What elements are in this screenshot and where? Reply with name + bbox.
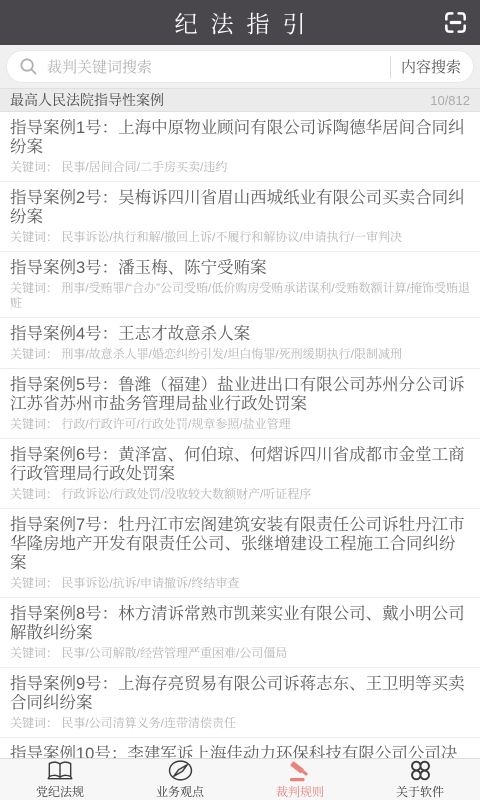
search-input[interactable]: 裁判关键词搜索 内容搜索 [6,50,474,83]
app-header: 纪法指引 [0,0,480,45]
tab-label: 裁判规则 [276,783,324,800]
case-keywords: 关键词： 民事诉讼/执行和解/撤回上诉/不履行和解协议/申请执行/一审判决 [10,230,470,245]
tab-business-views[interactable]: 业务观点 [120,759,240,800]
case-title: 指导案例7号：牡丹江市宏阁建筑安装有限责任公司诉牡丹江市华隆房地产开发有限责任公… [10,516,470,573]
case-keywords: 关键词： 行政/行政许可/行政处罚/规章参照/盐业管理 [10,417,470,432]
case-item[interactable]: 指导案例1号：上海中原物业顾问有限公司诉陶德华居间合同纠纷案关键词： 民事/居间… [0,112,480,182]
search-bar: 裁判关键词搜索 内容搜索 [0,45,480,89]
case-keywords: 关键词： 民事/居间合同/二手房买卖/违约 [10,160,470,175]
case-item[interactable]: 指导案例5号：鲁潍（福建）盐业进出口有限公司苏州分公司诉江苏省苏州市盐务管理局盐… [0,369,480,439]
case-item[interactable]: 指导案例4号：王志才故意杀人案关键词： 刑事/故意杀人罪/婚恋纠纷引发/坦白悔罪… [0,318,480,369]
case-title: 指导案例4号：王志才故意杀人案 [10,325,470,344]
case-title: 指导案例1号：上海中原物业顾问有限公司诉陶德华居间合同纠纷案 [10,119,470,157]
case-title: 指导案例9号：上海存亮贸易有限公司诉蒋志东、王卫明等买卖合同纠纷案 [10,675,470,713]
case-title: 指导案例5号：鲁潍（福建）盐业进出口有限公司苏州分公司诉江苏省苏州市盐务管理局盐… [10,376,470,414]
case-item[interactable]: 指导案例2号：吴梅诉四川省眉山西城纸业有限公司买卖合同纠纷案关键词： 民事诉讼/… [0,182,480,252]
search-placeholder: 裁判关键词搜索 [47,56,384,77]
tab-label: 关于软件 [396,783,444,800]
compass-icon [168,760,193,782]
section-count: 10/812 [430,93,470,108]
case-item[interactable]: 指导案例7号：牡丹江市宏阁建筑安装有限责任公司诉牡丹江市华隆房地产开发有限责任公… [0,509,480,598]
case-item[interactable]: 指导案例6号：黄泽富、何伯琼、何熠诉四川省成都市金堂工商行政管理局行政处罚案关键… [0,439,480,509]
tab-label: 党纪法规 [36,783,84,800]
case-title: 指导案例3号：潘玉梅、陈宁受贿案 [10,259,470,278]
case-keywords: 关键词： 民事/公司解散/经营管理严重困难/公司僵局 [10,646,470,661]
case-item[interactable]: 指导案例8号：林方清诉常熟市凯莱实业有限公司、戴小明公司解散纠纷案关键词： 民事… [0,598,480,668]
case-item[interactable]: 指导案例3号：潘玉梅、陈宁受贿案关键词： 刑事/受贿罪/“合办”公司受贿/低价购… [0,252,480,318]
case-list[interactable]: 指导案例1号：上海中原物业顾问有限公司诉陶德华居间合同纠纷案关键词： 民事/居间… [0,112,480,800]
tab-judgment-rules[interactable]: 裁判规则 [240,759,360,800]
content-search-button[interactable]: 内容搜索 [401,56,461,77]
case-title: 指导案例8号：林方清诉常熟市凯莱实业有限公司、戴小明公司解散纠纷案 [10,605,470,643]
case-keywords: 关键词： 刑事/故意杀人罪/婚恋纠纷引发/坦白悔罪/死刑缓期执行/限制减刑 [10,347,470,362]
grid-icon [409,760,432,782]
case-title: 指导案例2号：吴梅诉四川省眉山西城纸业有限公司买卖合同纠纷案 [10,189,470,227]
case-keywords: 关键词： 民事诉讼/抗诉/申请撤诉/终结审查 [10,576,470,591]
scan-icon[interactable] [440,8,470,38]
case-keywords: 关键词： 民事/公司清算义务/连带清偿责任 [10,716,470,731]
bottom-tabbar: 党纪法规 业务观点 裁判规则 关于 [0,758,480,800]
tab-about-software[interactable]: 关于软件 [360,759,480,800]
tab-party-regulations[interactable]: 党纪法规 [0,759,120,800]
case-keywords: 关键词： 刑事/受贿罪/“合办”公司受贿/低价购房受贿承诺谋利/受贿数额计算/掩… [10,281,470,311]
book-icon [47,760,73,782]
page-title: 纪法指引 [162,6,319,39]
section-title: 最高人民法院指导性案例 [10,90,164,110]
section-header: 最高人民法院指导性案例 10/812 [0,89,480,112]
tab-label: 业务观点 [156,783,204,800]
search-divider [390,56,391,78]
case-title: 指导案例6号：黄泽富、何伯琼、何熠诉四川省成都市金堂工商行政管理局行政处罚案 [10,446,470,484]
case-item[interactable]: 指导案例9号：上海存亮贸易有限公司诉蒋志东、王卫明等买卖合同纠纷案关键词： 民事… [0,668,480,738]
gavel-icon [288,760,312,782]
case-keywords: 关键词： 行政诉讼/行政处罚/没收较大数额财产/听证程序 [10,487,470,502]
search-icon [19,57,38,76]
